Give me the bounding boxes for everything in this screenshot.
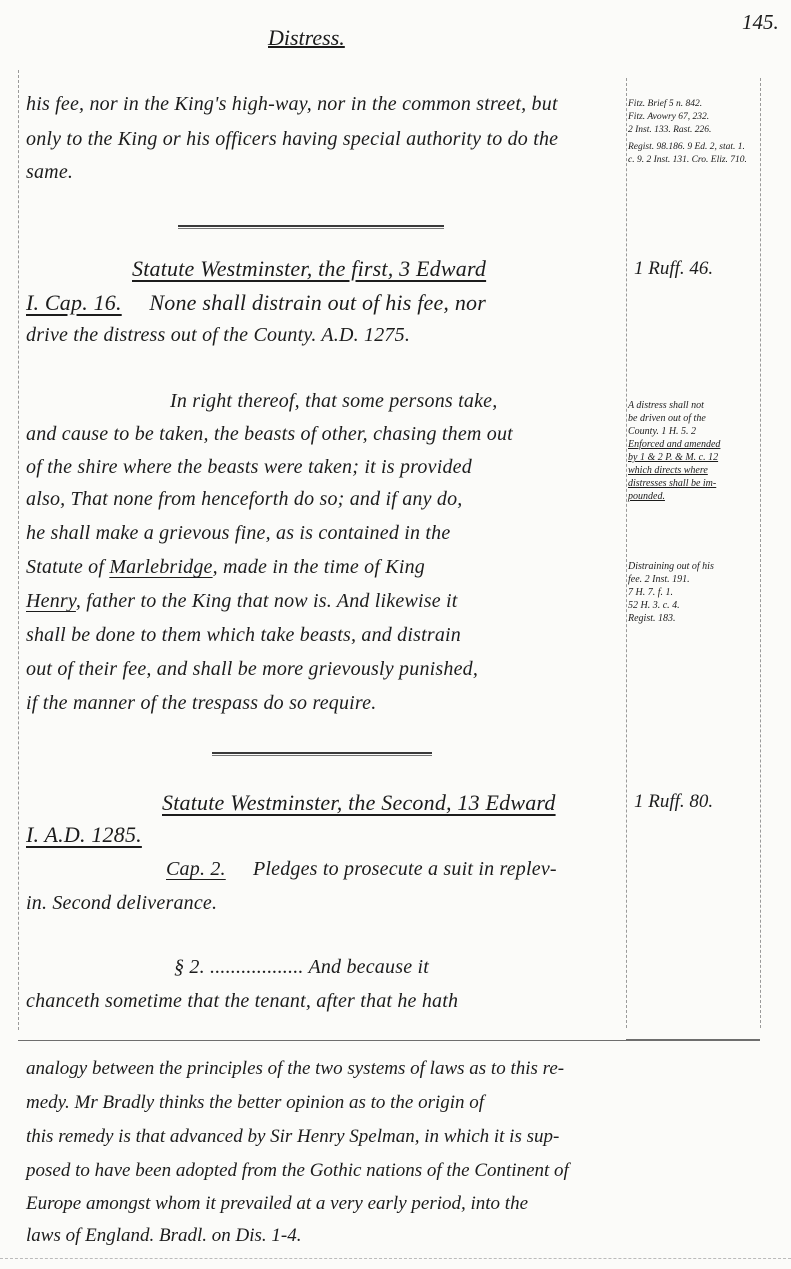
- margin-note-line: 52 H. 3. c. 4.: [628, 599, 758, 612]
- margin-note-distraining: Distraining out of his fee. 2 Inst. 191.…: [628, 560, 758, 625]
- text-line: drive the distress out of the County. A.…: [26, 324, 410, 347]
- margin-ref: 2 Inst. 133. Rast. 226.: [628, 124, 758, 137]
- text-fragment: , father to the King that now is. And li…: [76, 590, 458, 612]
- text-line: out of their fee, and shall be more grie…: [26, 658, 478, 681]
- paragraph-marker-line: § 2. .................. And because it: [174, 956, 429, 979]
- margin-ref: Fitz. Brief 5 n. 842.: [628, 98, 758, 111]
- chapter-label: Cap. 2.: [166, 858, 226, 880]
- text-line: In right thereof, that some persons take…: [170, 390, 497, 413]
- text-line: if the manner of the trespass do so requ…: [26, 692, 376, 715]
- section-heading-cont: I. A.D. 1285.: [26, 822, 142, 848]
- chapter-line: Cap. 2. Pledges to prosecute a suit in r…: [166, 858, 557, 881]
- margin-note-line: A distress shall not: [628, 399, 758, 412]
- margin-note-line: which directs where: [628, 464, 758, 477]
- text-line: chanceth sometime that the tenant, after…: [26, 990, 458, 1013]
- section-heading: Statute Westminster, the first, 3 Edward: [132, 256, 486, 282]
- page-title: Distress.: [268, 25, 345, 51]
- text-line: Henry, father to the King that now is. A…: [26, 590, 458, 613]
- text-fragment: Statute of: [26, 556, 109, 578]
- text-line: of the shire where the beasts were taken…: [26, 456, 472, 479]
- text-line: shall be done to them which take beasts,…: [26, 624, 461, 647]
- margin-note-distress: A distress shall not be driven out of th…: [628, 399, 758, 503]
- margin-ref: Regist. 98.186. 9 Ed. 2, stat. 1.: [628, 141, 758, 154]
- margin-ref: Fitz. Avowry 67, 232.: [628, 111, 758, 124]
- fragment-line: medy. Mr Bradly thinks the better opinio…: [26, 1092, 484, 1114]
- text-line: Statute of Marlebridge, made in the time…: [26, 556, 425, 579]
- text-line: only to the King or his officers having …: [26, 128, 558, 151]
- margin-note-line: 7 H. 7. f. 1.: [628, 586, 758, 599]
- section-heading: Statute Westminster, the Second, 13 Edwa…: [162, 790, 556, 816]
- chapter-label: I. Cap. 16.: [26, 290, 122, 315]
- fragment-line: this remedy is that advanced by Sir Henr…: [26, 1126, 559, 1148]
- manuscript-page: Distress. 145. his fee, nor in the King'…: [0, 0, 791, 1269]
- margin-note-line: Regist. 183.: [628, 612, 758, 625]
- fragment-line: posed to have been adopted from the Goth…: [26, 1160, 569, 1182]
- margin-ref-ruffhead: 1 Ruff. 46.: [634, 258, 713, 280]
- text-line: same.: [26, 161, 73, 184]
- note-column-right-line: [760, 78, 761, 1028]
- margin-note-line: by 1 & 2 P. & M. c. 12: [628, 451, 758, 464]
- note-column-left-line: [626, 78, 627, 1028]
- text-line: and cause to be taken, the beasts of oth…: [26, 423, 513, 446]
- margin-note-line: fee. 2 Inst. 191.: [628, 573, 758, 586]
- text-line: in. Second deliverance.: [26, 892, 217, 915]
- note-column-bottom-border: [626, 1039, 760, 1041]
- margin-ref: c. 9. 2 Inst. 131. Cro. Eliz. 710.: [628, 154, 758, 167]
- text-fragment: , made in the time of King: [213, 556, 425, 578]
- section-heading-cont: I. Cap. 16. None shall distrain out of h…: [26, 290, 486, 316]
- margin-note-line: pounded.: [628, 490, 758, 503]
- page-number: 145.: [742, 10, 779, 35]
- margin-note-references: Fitz. Brief 5 n. 842. Fitz. Avowry 67, 2…: [628, 98, 758, 167]
- margin-ref-ruffhead: 1 Ruff. 80.: [634, 791, 713, 813]
- margin-note-line: distresses shall be im-: [628, 477, 758, 490]
- section-divider: [178, 225, 444, 227]
- margin-note-line: be driven out of the: [628, 412, 758, 425]
- margin-note-line: County. 1 H. 5. 2: [628, 425, 758, 438]
- chapter-title: Pledges to prosecute a suit in replev-: [253, 858, 557, 880]
- king-name: Henry: [26, 590, 76, 612]
- statute-name: Marlebridge: [109, 556, 212, 578]
- bottom-edge: [0, 1258, 791, 1259]
- margin-note-line: Enforced and amended: [628, 438, 758, 451]
- fragment-line: Europe amongst whom it prevailed at a ve…: [26, 1193, 528, 1215]
- text-line: his fee, nor in the King's high-way, nor…: [26, 93, 558, 116]
- section-divider: [212, 752, 432, 754]
- chapter-title: None shall distrain out of his fee, nor: [149, 290, 486, 315]
- text-line: also, That none from henceforth do so; a…: [26, 488, 463, 511]
- left-margin-line: [18, 70, 19, 1030]
- fragment-line: analogy between the principles of the tw…: [26, 1058, 564, 1080]
- margin-note-line: Distraining out of his: [628, 560, 758, 573]
- fragment-line: laws of England. Bradl. on Dis. 1-4.: [26, 1225, 302, 1247]
- text-line: he shall make a grievous fine, as is con…: [26, 522, 450, 545]
